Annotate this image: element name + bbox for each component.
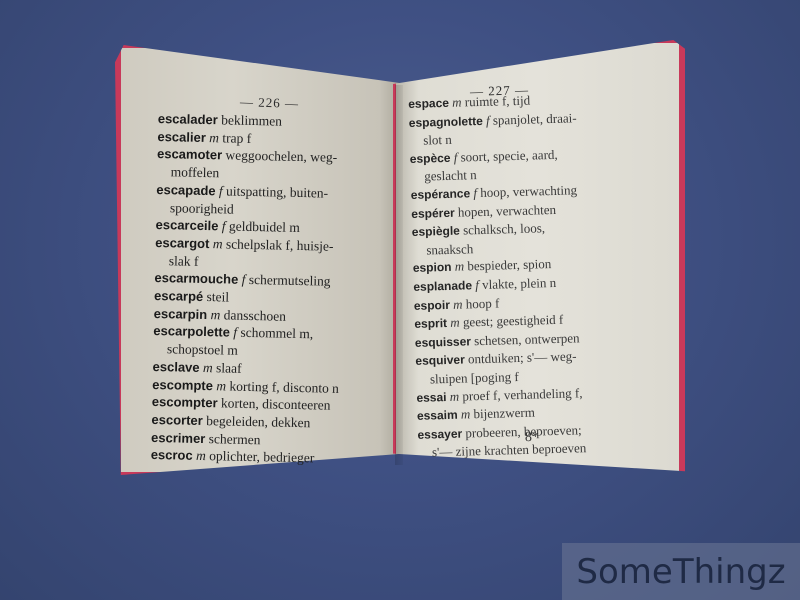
entry-translation: slaaf bbox=[213, 360, 242, 376]
right-page-entries: espace m ruimte f, tijdespagnolette f sp… bbox=[408, 89, 650, 462]
entry-headword: espoir bbox=[414, 297, 450, 312]
entry-headword: escalader bbox=[158, 111, 218, 127]
entry-translation: probeeren, beproeven; bbox=[462, 422, 582, 440]
entry-gender: m bbox=[207, 307, 220, 322]
entry-headword: escarmouche bbox=[154, 270, 238, 287]
entry-translation: ruimte f, tijd bbox=[461, 93, 530, 110]
entry-headword: espèce bbox=[410, 151, 451, 166]
entry-translation: schermutseling bbox=[245, 272, 330, 289]
entry-translation: geest; geestigheid f bbox=[459, 312, 563, 330]
entry-headword: espagnolette bbox=[409, 114, 483, 130]
entry-headword: espiègle bbox=[412, 224, 460, 239]
entry-headword: escroc bbox=[151, 447, 193, 463]
entry-translation: begeleiden, dekken bbox=[203, 413, 311, 430]
entry-translation: bijenzwerm bbox=[470, 405, 535, 422]
entry-translation: schalksch, loos, bbox=[460, 220, 546, 237]
entry-translation: korten, disconteeren bbox=[217, 396, 330, 413]
entry-translation: ontduiken; s'— weg- bbox=[465, 349, 577, 367]
entry-headword: escamoter bbox=[157, 146, 222, 162]
entry-translation: hoop f bbox=[462, 295, 499, 311]
entry-headword: esprit bbox=[414, 316, 447, 331]
entry-translation: schelpslak f, huisje- bbox=[222, 236, 333, 253]
signature-mark: 8* bbox=[525, 430, 539, 446]
entry-headword: esquiver bbox=[415, 353, 465, 368]
entry-translation: trap f bbox=[219, 130, 252, 146]
entry-translation: spanjolet, draai- bbox=[489, 110, 576, 127]
entry-translation: bespieder, spion bbox=[464, 256, 552, 273]
entry-gender: m bbox=[199, 360, 212, 375]
photo-scene: — 226 — — 227 — escalader beklimmenescal… bbox=[0, 0, 800, 600]
entry-headword: escorter bbox=[151, 412, 203, 428]
book-spine bbox=[395, 85, 403, 465]
open-dictionary: — 226 — — 227 — escalader beklimmenescal… bbox=[0, 0, 800, 600]
entry-translation: schermen bbox=[205, 431, 260, 447]
entry-translation: hoop, verwachting bbox=[477, 182, 577, 200]
entry-translation: weggoochelen, weg- bbox=[222, 148, 337, 165]
entry-gender: m bbox=[451, 259, 464, 274]
entry-translation: hopen, verwachten bbox=[454, 201, 556, 219]
entry-headword: espérer bbox=[411, 205, 455, 220]
entry-gender: m bbox=[449, 95, 462, 110]
entry-headword: escapade bbox=[156, 182, 216, 198]
entry-translation: schetsen, ontwerpen bbox=[471, 330, 580, 348]
entry-gender: m bbox=[450, 296, 463, 311]
entry-gender: m bbox=[457, 406, 470, 421]
entry-headword: escompte bbox=[152, 376, 213, 392]
entry-translation: beklimmen bbox=[218, 112, 282, 128]
entry-headword: essai bbox=[416, 390, 446, 405]
entry-headword: espion bbox=[413, 260, 452, 275]
entry-translation: schommel m, bbox=[237, 325, 313, 342]
watermark-logo: SomeThingz bbox=[562, 543, 800, 600]
entry-translation: oplichter, bedrieger bbox=[206, 448, 315, 465]
entry-translation: vlakte, plein n bbox=[479, 275, 557, 292]
entry-translation: proef f, verhandeling f, bbox=[459, 385, 583, 403]
entry-headword: esclave bbox=[152, 359, 199, 375]
entry-headword: escrimer bbox=[151, 430, 206, 446]
entry-gender: m bbox=[206, 130, 219, 145]
entry-headword: essaim bbox=[417, 408, 458, 423]
entry-headword: escarpé bbox=[154, 288, 203, 304]
entry-translation: soort, specie, aard, bbox=[457, 147, 558, 165]
entry-translation: korting f, disconto n bbox=[226, 378, 339, 395]
entry-translation: geldbuidel m bbox=[225, 219, 300, 236]
entry-headword: espérance bbox=[411, 186, 471, 202]
entry-translation: dansschoen bbox=[220, 307, 286, 323]
entry-gender: m bbox=[447, 315, 460, 330]
entry-headword: escarpolette bbox=[153, 323, 230, 340]
left-page-number: — 226 — bbox=[240, 94, 300, 112]
entry-headword: essayer bbox=[417, 426, 462, 441]
entry-gender: m bbox=[446, 388, 459, 403]
entry-translation: steil bbox=[203, 289, 229, 305]
entry-headword: escalier bbox=[157, 129, 206, 145]
entry-translation: uitspatting, buiten- bbox=[223, 183, 329, 200]
entry-headword: esplanade bbox=[413, 278, 472, 294]
entry-headword: escarpin bbox=[154, 306, 208, 322]
entry-headword: escarceile bbox=[155, 217, 218, 233]
entry-gender: m bbox=[213, 378, 226, 393]
entry-gender: m bbox=[193, 448, 206, 463]
entry-headword: escargot bbox=[155, 235, 210, 251]
entry-headword: espace bbox=[408, 96, 449, 111]
entry-gender: m bbox=[209, 236, 222, 251]
left-page-entries: escalader beklimmenescalier m trap fesca… bbox=[151, 110, 390, 469]
entry-headword: escompter bbox=[152, 394, 218, 410]
entry-headword: esquisser bbox=[415, 334, 471, 350]
